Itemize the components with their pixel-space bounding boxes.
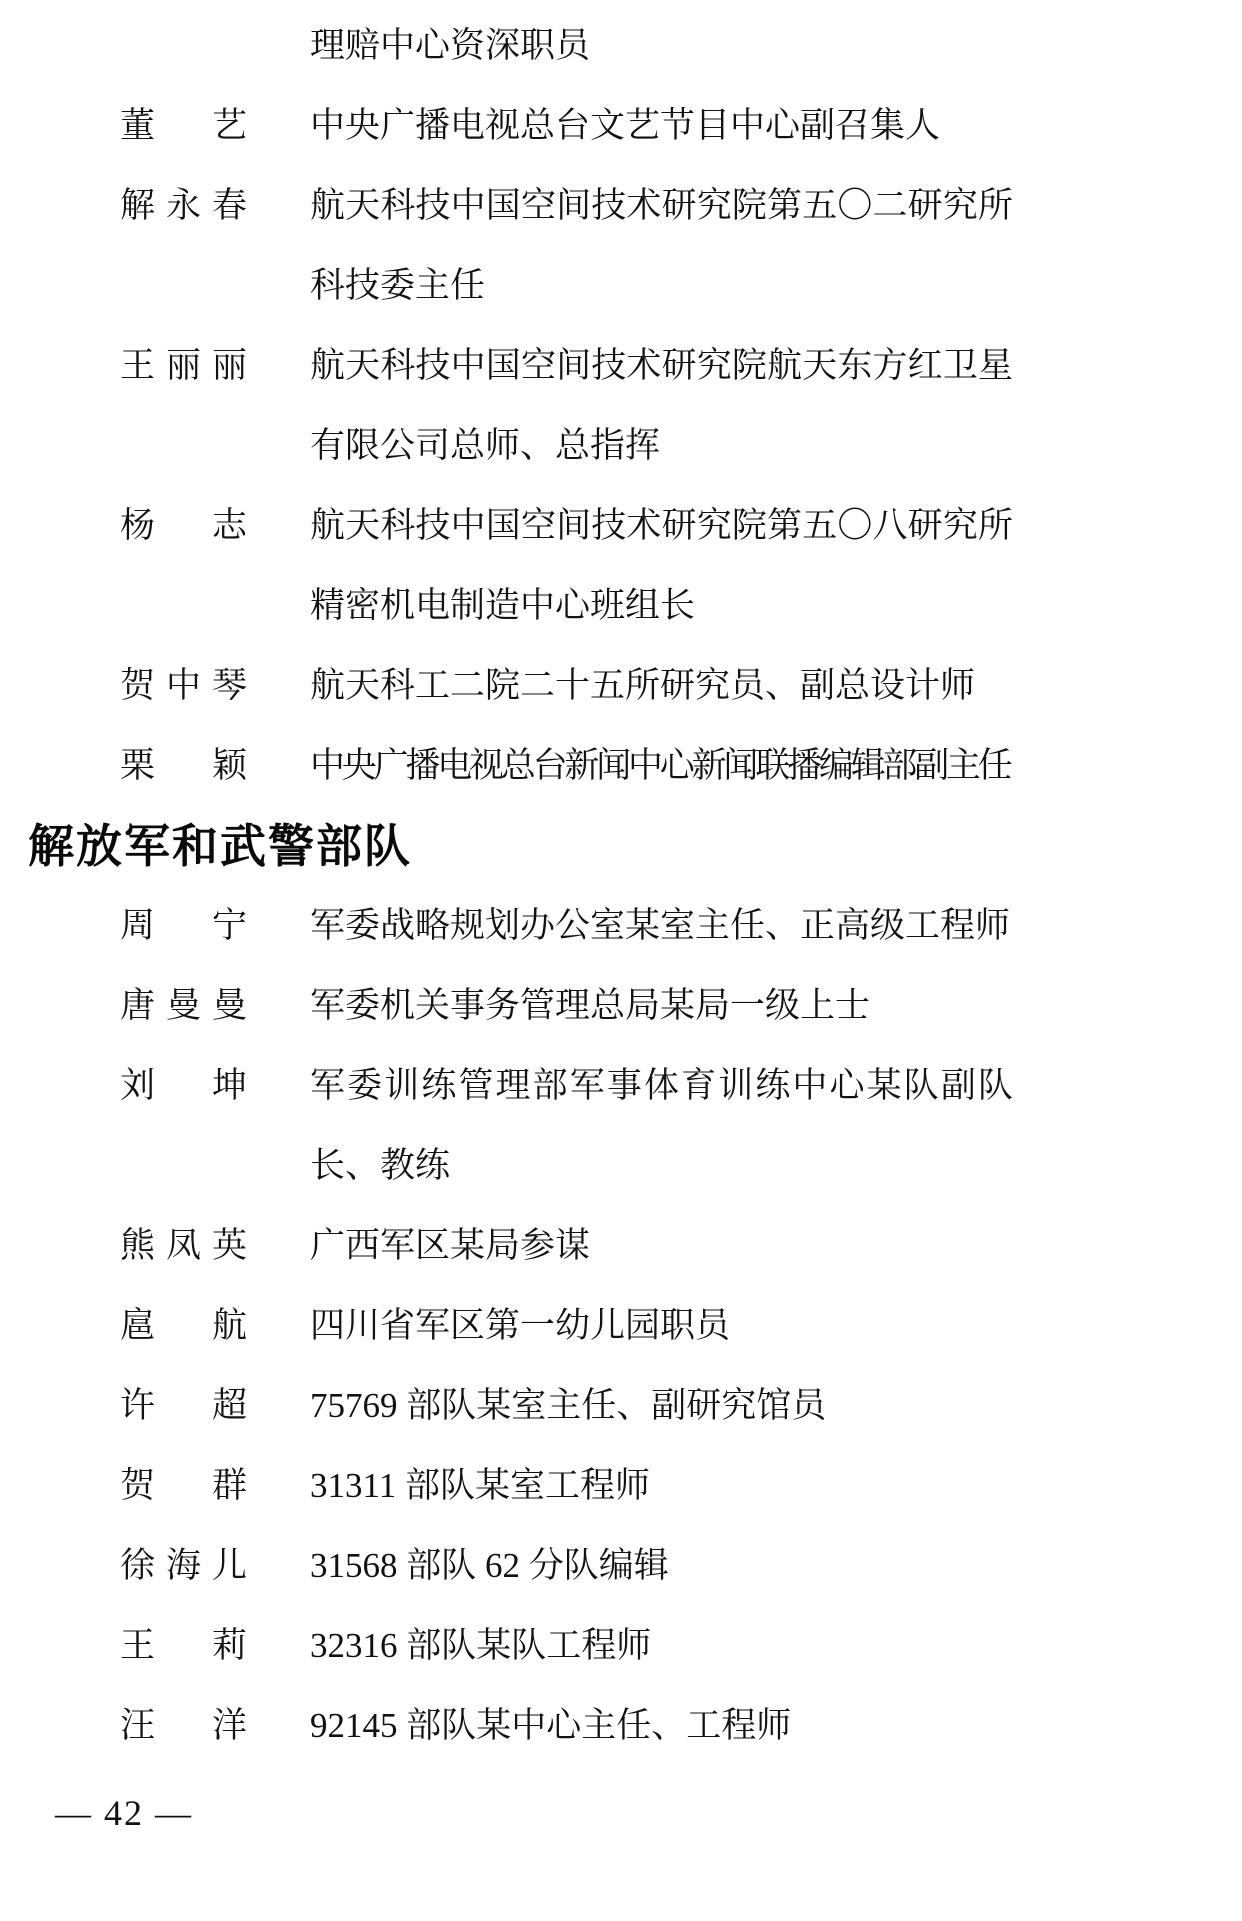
list-item: 周宁 军委战略规划办公室某室主任、正高级工程师 [0, 886, 1242, 966]
entry-description: 军委战略规划办公室某室主任、正高级工程师 [310, 886, 1013, 966]
list-item: 栗颖 中央广播电视总台新闻中心新闻联播编辑部副主任 [0, 726, 1242, 806]
entry-description: 科技委主任 [310, 246, 1013, 326]
entry-name: 熊凤英 [120, 1206, 247, 1286]
entry-name: 董艺 [120, 86, 247, 166]
entry-name: 汪洋 [120, 1686, 247, 1766]
list-item-continuation: 精密机电制造中心班组长 [0, 566, 1242, 646]
entry-name: 杨志 [120, 486, 247, 566]
entry-description: 中央广播电视总台新闻中心新闻联播编辑部副主任 [310, 726, 1013, 806]
entry-description: 31568 部队 62 分队编辑 [310, 1526, 1013, 1606]
entry-description: 75769 部队某室主任、副研究馆员 [310, 1366, 1013, 1446]
section-header: 解放军和武警部队 [28, 806, 412, 886]
list-item: 熊凤英 广西军区某局参谋 [0, 1206, 1242, 1286]
entry-name: 许超 [120, 1366, 247, 1446]
entry-description: 理赔中心资深职员 [310, 6, 1013, 86]
list-item: 贺群 31311 部队某室工程师 [0, 1446, 1242, 1526]
list-item: 许超 75769 部队某室主任、副研究馆员 [0, 1366, 1242, 1446]
entry-description: 航天科工二院二十五所研究员、副总设计师 [310, 646, 1013, 726]
list-item: 理赔中心资深职员 [0, 6, 1242, 86]
section-header-row: 解放军和武警部队 [0, 806, 1242, 886]
list-item: 解永春 航天科技中国空间技术研究院第五〇二研究所 [0, 166, 1242, 246]
entry-description: 精密机电制造中心班组长 [310, 566, 1013, 646]
page-number: — 42 — [55, 1773, 193, 1853]
entry-name: 刘坤 [120, 1046, 247, 1126]
entry-name: 王丽丽 [120, 326, 247, 406]
entry-name: 贺中琴 [120, 646, 247, 726]
list-item: 杨志 航天科技中国空间技术研究院第五〇八研究所 [0, 486, 1242, 566]
entry-description: 广西军区某局参谋 [310, 1206, 1013, 1286]
entry-name: 周宁 [120, 886, 247, 966]
entry-description: 航天科技中国空间技术研究院第五〇二研究所 [310, 166, 1013, 246]
entry-description: 92145 部队某中心主任、工程师 [310, 1686, 1013, 1766]
list-item-continuation: 长、教练 [0, 1126, 1242, 1206]
entry-description: 长、教练 [310, 1126, 1013, 1206]
entry-description: 军委训练管理部军事体育训练中心某队副队 [310, 1046, 1013, 1126]
entry-name: 栗颖 [120, 726, 247, 806]
entry-description: 有限公司总师、总指挥 [310, 406, 1013, 486]
list-item: 刘坤 军委训练管理部军事体育训练中心某队副队 [0, 1046, 1242, 1126]
list-item: 王莉 32316 部队某队工程师 [0, 1606, 1242, 1686]
list-item: 汪洋 92145 部队某中心主任、工程师 [0, 1686, 1242, 1766]
entry-description: 32316 部队某队工程师 [310, 1606, 1013, 1686]
entry-name: 贺群 [120, 1446, 247, 1526]
entry-name: 扈航 [120, 1286, 247, 1366]
entry-description: 航天科技中国空间技术研究院第五〇八研究所 [310, 486, 1013, 566]
list-item-continuation: 有限公司总师、总指挥 [0, 406, 1242, 486]
list-item: 唐曼曼 军委机关事务管理总局某局一级上士 [0, 966, 1242, 1046]
document-page: 理赔中心资深职员 董艺 中央广播电视总台文艺节目中心副召集人 解永春 航天科技中… [0, 0, 1242, 1921]
entry-name: 唐曼曼 [120, 966, 247, 1046]
list-item-continuation: 科技委主任 [0, 246, 1242, 326]
document-body: 理赔中心资深职员 董艺 中央广播电视总台文艺节目中心副召集人 解永春 航天科技中… [0, 6, 1242, 1766]
list-item: 王丽丽 航天科技中国空间技术研究院航天东方红卫星 [0, 326, 1242, 406]
entry-description: 航天科技中国空间技术研究院航天东方红卫星 [310, 326, 1013, 406]
list-item: 扈航 四川省军区第一幼儿园职员 [0, 1286, 1242, 1366]
entry-name: 解永春 [120, 166, 247, 246]
entry-description: 中央广播电视总台文艺节目中心副召集人 [310, 86, 1013, 166]
entry-name: 徐海儿 [120, 1526, 247, 1606]
entry-description: 四川省军区第一幼儿园职员 [310, 1286, 1013, 1366]
entry-name: 王莉 [120, 1606, 247, 1686]
list-item: 贺中琴 航天科工二院二十五所研究员、副总设计师 [0, 646, 1242, 726]
entry-description: 军委机关事务管理总局某局一级上士 [310, 966, 1013, 1046]
list-item: 徐海儿 31568 部队 62 分队编辑 [0, 1526, 1242, 1606]
entry-description: 31311 部队某室工程师 [310, 1446, 1013, 1526]
list-item: 董艺 中央广播电视总台文艺节目中心副召集人 [0, 86, 1242, 166]
